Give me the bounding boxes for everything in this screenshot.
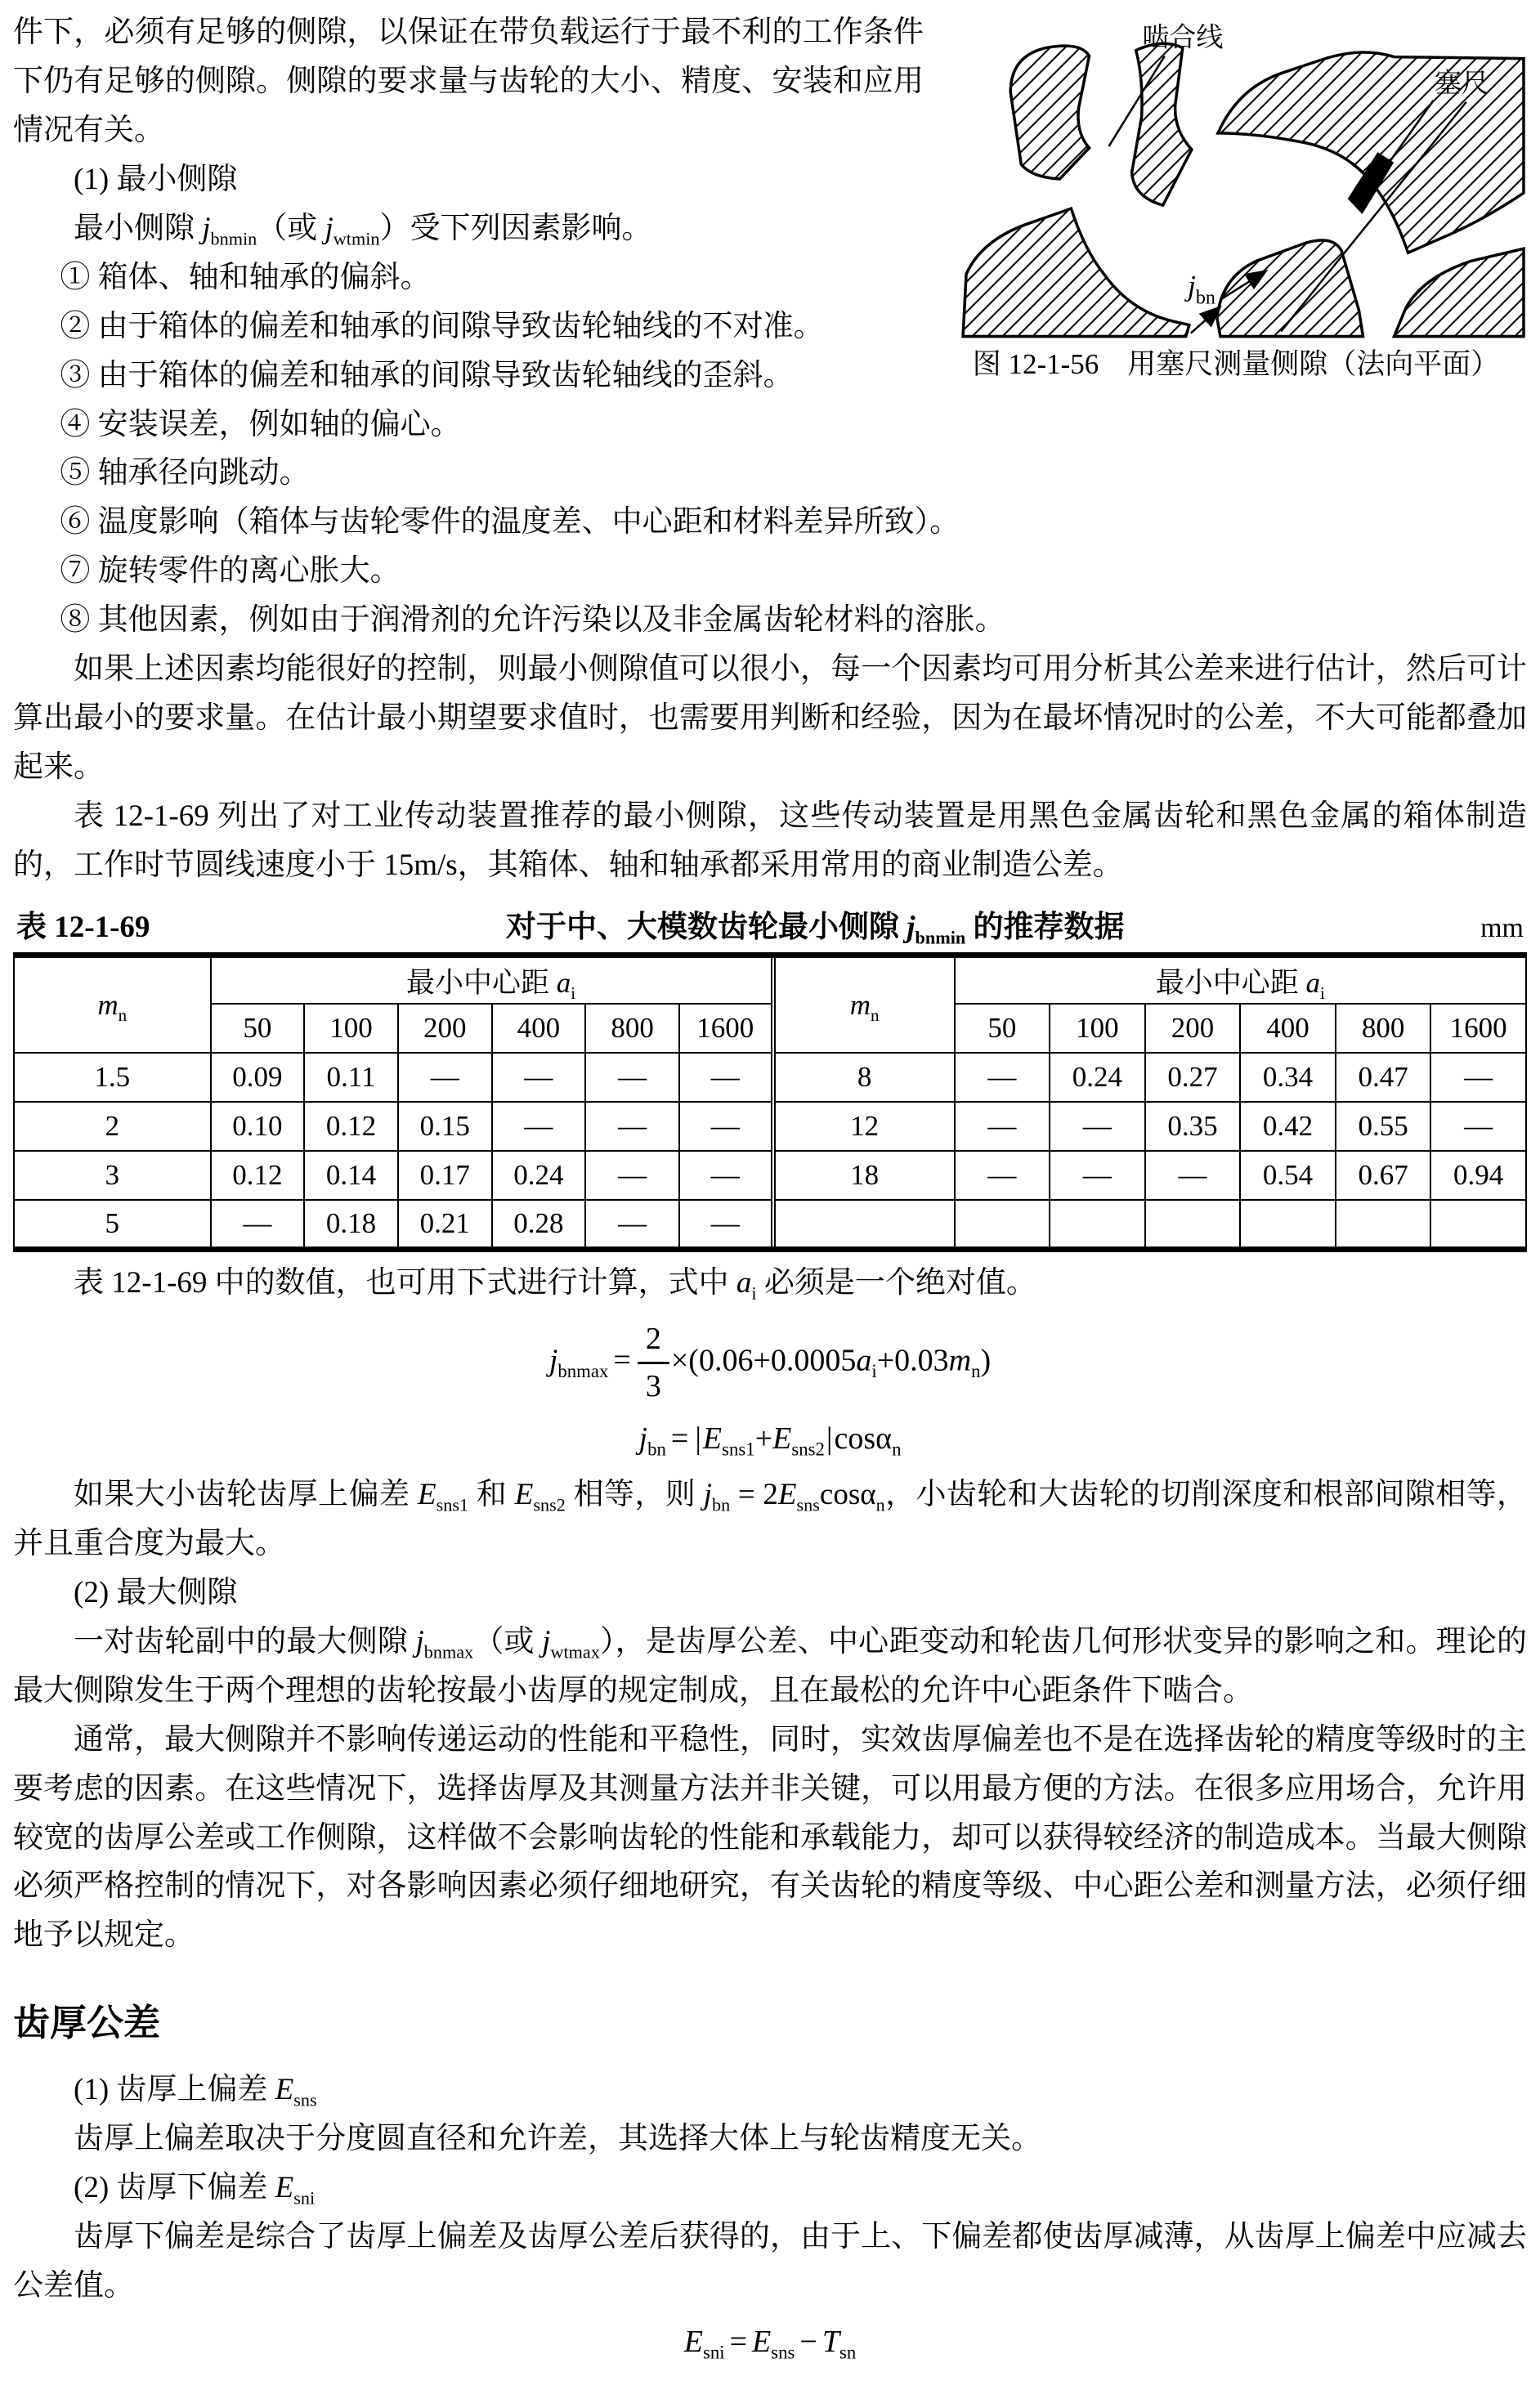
math-var: E [418,1478,436,1511]
upper-deviation-paragraph: 齿厚上偏差取决于分度圆直径和允许差，其选择大体上与轮齿精度无关。 [13,2115,1527,2164]
math-sub: bn [647,1439,666,1459]
text-segment: 和 [468,1478,515,1511]
math-var: j [202,212,210,245]
math-var: E [684,2325,703,2359]
math-var: E [275,2171,294,2204]
text-segment: ）受下列因素影响。 [380,212,652,245]
text-segment: (2) 齿厚下偏差 [74,2171,275,2204]
jbn-label: jbn [1184,269,1215,308]
item-text: 安装误差，例如轴的偏心。 [98,408,461,441]
table-cell: 0.09 [211,1053,305,1102]
table-cell: 0.28 [492,1200,586,1249]
math-sub: i [571,983,575,1003]
math-sub: n [892,1439,901,1459]
text-segment: （或 [473,1625,542,1658]
lower-deviation-heading: (2) 齿厚下偏差 Esni [13,2164,1527,2213]
math-sub: wtmin [334,228,380,248]
item-text: 其他因素，例如由于润滑剂的允许污染以及非金属齿轮材料的溶胀。 [98,603,1005,637]
mn-header-cell: mn [14,955,211,1053]
table-cell: 0.24 [492,1151,586,1200]
table-cell [955,1200,1050,1249]
text-segment: 最小中心距 [1156,967,1306,999]
item-number: ② [60,310,90,343]
math-sub: i [1320,983,1325,1003]
table-cell: 0.42 [1240,1102,1336,1151]
math-sub: sns2 [791,1439,825,1459]
col-header: 400 [492,1004,586,1053]
math-var: m [949,1343,971,1377]
max-backlash-heading: (2) 最大侧隙 [13,1569,1527,1618]
factor-item: ④ 安装误差，例如轴的偏心。 [13,401,1527,450]
lower-deviation-paragraph: 齿厚下偏差是综合了齿厚上偏差及齿厚公差后获得的，由于上、下偏差都使齿厚减薄，从齿… [13,2213,1527,2311]
math-sub: sn [839,2343,856,2363]
math-sub: sns1 [722,1439,755,1459]
col-header: 50 [211,1004,305,1053]
fraction-numerator: 2 [638,1319,669,1364]
table-cell: 2 [14,1102,211,1151]
math-var: j [325,212,334,245]
math-sub: bnmax [557,1361,608,1381]
math-sub: sns1 [436,1494,468,1515]
math-var: j [542,1625,550,1658]
table-cell: 0.54 [1240,1151,1336,1200]
factor-item: ⑦ 旋转零件的离心胀大。 [13,547,1527,596]
text-segment: （或 [257,212,325,245]
table-cell: 0.15 [398,1102,492,1151]
text-segment: 的推荐数据 [965,911,1124,944]
table-cell: 0.11 [304,1053,398,1102]
table-cell: 0.17 [398,1151,492,1200]
formula-esni: Esni=Esns−Tsn [13,2322,1527,2362]
table-cell: 3 [14,1151,211,1200]
math-sub: bn [712,1494,730,1515]
table-cell: — [955,1053,1050,1102]
col-header: 100 [304,1004,398,1053]
table-cell [773,1200,955,1249]
math-sub: bnmax [424,1641,473,1662]
table-cell: — [679,1200,773,1249]
col-header: 800 [1336,1004,1431,1053]
text-segment: 表 12-1-69 中的数值，也可用下式进行计算，式中 [74,1266,736,1300]
table-row: mn 最小中心距 ai mn 最小中心距 ai [14,955,1526,1004]
text-segment: = 2 [730,1478,778,1511]
table-cell: — [1050,1151,1145,1200]
col-header: 200 [1145,1004,1241,1053]
max-backlash-p1: 一对齿轮副中的最大侧隙 jbnmax（或 jwtmax），是齿厚公差、中心距变动… [13,1618,1527,1716]
table-cell: — [955,1102,1050,1151]
math-sub: sns2 [533,1494,565,1515]
factor-item: ⑤ 轴承径向跳动。 [13,449,1527,498]
text-segment: 必须是一个绝对值。 [757,1266,1036,1300]
math-sub: sni [703,2343,725,2363]
abs-bar: | [825,1421,835,1456]
table-cell: — [585,1200,679,1249]
table-cell: — [1430,1102,1526,1151]
figure-caption: 图 12-1-56 用塞尺测量侧隙（法向平面） [945,342,1527,383]
table-cell: — [1050,1102,1145,1151]
table-cell: 1.5 [14,1053,211,1102]
math-var: a [856,1343,871,1377]
text-segment: 如果大小齿轮齿厚上偏差 [74,1478,418,1511]
math-var: E [703,1421,722,1456]
col-header: 100 [1050,1004,1145,1053]
table-cell: — [585,1053,679,1102]
math-sub: n [871,1005,880,1025]
table-cell: 0.18 [304,1200,398,1249]
table-cell: 0.34 [1240,1053,1336,1102]
mn-header-cell: mn [773,955,955,1053]
text-segment: 最小侧隙 [74,212,202,245]
math-sub: sns [771,2343,795,2363]
table-cell: — [1145,1151,1241,1200]
math-var: E [515,1478,534,1511]
col-header: 400 [1240,1004,1336,1053]
math-sub: sni [293,2188,315,2209]
math-var: j [704,1478,712,1511]
table-cell: — [585,1151,679,1200]
table-cell: — [492,1053,586,1102]
table-cell: — [211,1200,305,1249]
col-header: 800 [585,1004,679,1053]
table-cell: 0.14 [304,1151,398,1200]
cos-term: cosα [835,1421,893,1456]
math-var: a [1306,967,1321,999]
formula-intro-paragraph: 表 12-1-69 中的数值，也可用下式进行计算，式中 ai 必须是一个绝对值。 [13,1259,1527,1308]
math-var: m [97,989,118,1021]
item-text: 箱体、轴和轴承的偏斜。 [98,261,431,294]
table-cell: — [398,1053,492,1102]
math-var: j [549,1343,558,1377]
math-var: j [415,1625,423,1658]
item-text: 旋转零件的离心胀大。 [98,554,401,588]
group-header-cell: 最小中心距 ai [211,955,773,1004]
table-row: 3 0.12 0.14 0.17 0.24 — — 18 — — — 0.54 … [14,1151,1526,1200]
table-cell [1430,1200,1526,1249]
math-sub: sns [293,2090,316,2110]
table-cell: 0.67 [1336,1151,1431,1200]
backlash-table: mn 最小中心距 ai mn 最小中心距 ai 50 100 200 400 8… [13,952,1527,1252]
text-segment: +0.03 [877,1343,949,1377]
text-segment: ) [981,1343,992,1377]
table-row: 5 — 0.18 0.21 0.28 — — [14,1200,1526,1249]
text-segment: 一对齿轮副中的最大侧隙 [74,1625,415,1658]
minus-sign: − [795,2325,821,2359]
table-cell [1145,1200,1241,1249]
table-cell: 5 [14,1200,211,1249]
table-unit: mm [1480,913,1524,944]
table-cell: — [679,1151,773,1200]
equals-sign: = [725,2325,752,2359]
table-cell: 0.94 [1430,1151,1526,1200]
table-section: 表 12-1-69 对于中、大模数齿轮最小侧隙 jbnmin 的推荐数据 mm … [13,902,1527,1252]
item-text: 温度影响（箱体与齿轮零件的温度差、中心距和材料差异所致）。 [98,505,960,539]
upper-deviation-heading: (1) 齿厚上偏差 Esns [13,2066,1527,2115]
table-cell: — [955,1151,1050,1200]
table-cell: 0.10 [211,1102,305,1151]
table-row: 2 0.10 0.12 0.15 — — — 12 — — 0.35 0.42 … [14,1102,1526,1151]
equal-deviation-paragraph: 如果大小齿轮齿厚上偏差 Esns1 和 Esns2 相等，则 jbn = 2Es… [13,1470,1527,1569]
table-header-line: 表 12-1-69 对于中、大模数齿轮最小侧隙 jbnmin 的推荐数据 mm [16,902,1524,946]
table-cell [1336,1200,1431,1249]
table-cell: 0.55 [1336,1102,1431,1151]
math-var: a [736,1266,752,1300]
plus-sign: + [755,1421,772,1456]
math-sub: n [119,1005,128,1025]
item-text: 由于箱体的偏差和轴承的间隙导致齿轮轴线的不对准。 [98,310,824,343]
table-cell [1050,1200,1145,1249]
table-cell: 0.27 [1145,1053,1241,1102]
mesh-line-label: 啮合线 [1142,23,1223,53]
table-cell: 0.12 [304,1102,398,1151]
table-row: 1.5 0.09 0.11 — — — — 8 — 0.24 0.27 0.34… [14,1053,1526,1102]
table-cell: — [492,1102,586,1151]
math-sub: bnmin [211,228,257,248]
item-text: 由于箱体的偏差和轴承的间隙导致齿轮轴线的歪斜。 [98,359,794,392]
table-cell: — [679,1053,773,1102]
item-number: ③ [60,359,90,392]
document-page: 啮合线 塞尺 jbn 图 12-1-56 用塞尺测量侧隙（法向平面） 件下，必须… [0,0,1540,2390]
item-number: ⑧ [60,603,90,637]
table-label: 表 12-1-69 [16,902,150,946]
math-sub: n [971,1361,980,1381]
item-text: 轴承径向跳动。 [98,456,310,490]
table-cell: 8 [773,1053,955,1102]
table-cell: 0.35 [1145,1102,1241,1151]
feeler-gauge-label: 塞尺 [1435,69,1489,99]
text-segment: 相等，则 [566,1478,704,1511]
table-cell: 0.21 [398,1200,492,1249]
fraction: 23 [638,1319,669,1408]
math-var: E [772,1421,791,1456]
math-sub: n [876,1494,885,1515]
table-cell: — [679,1102,773,1151]
text-segment: ×(0.06+0.0005 [671,1343,857,1377]
table-intro-paragraph: 表 12-1-69 列出了对工业传动装置推荐的最小侧隙，这些传动装置是用黑色金属… [13,792,1527,890]
control-paragraph: 如果上述因素均能很好的控制，则最小侧隙值可以很小，每一个因素均可用分析其公差来进… [13,645,1527,792]
math-sub: wtmax [550,1641,599,1662]
tooth-thickness-heading: 齿厚公差 [13,1993,1527,2046]
table-cell: — [1430,1053,1526,1102]
table-cell: 12 [773,1102,955,1151]
fraction-denominator: 3 [638,1364,669,1407]
text-segment: 对于中、大模数齿轮最小侧隙 [506,911,907,944]
math-var: j [639,1421,648,1456]
text-segment: cosα [820,1478,876,1511]
col-header: 200 [398,1004,492,1053]
item-number: ⑤ [60,456,90,490]
math-var: m [850,989,871,1021]
item-number: ⑥ [60,505,90,539]
table-cell: 0.24 [1050,1053,1145,1102]
math-var: E [275,2073,294,2106]
math-var: E [752,2325,771,2359]
group-header-cell: 最小中心距 ai [955,955,1526,1004]
table-title: 对于中、大模数齿轮最小侧隙 jbnmin 的推荐数据 [150,902,1480,946]
text-segment: (1) 齿厚上偏差 [74,2073,275,2106]
table-cell: — [585,1102,679,1151]
factor-item: ⑥ 温度影响（箱体与齿轮零件的温度差、中心距和材料差异所致）。 [13,498,1527,547]
math-var: T [822,2325,839,2359]
math-sub: bnmin [915,927,966,947]
equals-sign: = [608,1343,635,1377]
col-header: 50 [955,1004,1050,1053]
table-row: 50 100 200 400 800 1600 50 100 200 400 8… [14,1004,1526,1053]
formula-jbn: jbn=|Esns1+Esns2|cosαn [13,1419,1527,1459]
table-cell [1240,1200,1336,1249]
item-number: ⑦ [60,554,90,588]
figure-backlash-measurement: 啮合线 塞尺 jbn 图 12-1-56 用塞尺测量侧隙（法向平面） [945,10,1527,383]
factor-item: ⑧ 其他因素，例如由于润滑剂的允许污染以及非金属齿轮材料的溶胀。 [13,596,1527,645]
equals-sign: = [666,1421,693,1456]
table-cell: 0.12 [211,1151,305,1200]
math-var: j [907,911,915,944]
max-backlash-p2: 通常，最大侧隙并不影响传递运动的性能和平稳性，同时，实效齿厚偏差也不是在选择齿轮… [13,1716,1527,1961]
table-cell: 0.47 [1336,1053,1431,1102]
col-header: 1600 [1430,1004,1526,1053]
item-number: ① [60,261,90,294]
math-sub: sns [797,1494,820,1515]
math-var: E [778,1478,797,1511]
text-segment: 最小中心距 [406,967,557,999]
abs-bar: | [693,1421,703,1456]
gear-mesh-figure: 啮合线 塞尺 jbn [945,10,1527,338]
col-header: 1600 [679,1004,773,1053]
table-cell: 18 [773,1151,955,1200]
formula-jbnmax: jbnmax=23×(0.06+0.0005ai+0.03mn) [13,1319,1527,1408]
math-var: a [557,967,571,999]
item-number: ④ [60,408,90,441]
